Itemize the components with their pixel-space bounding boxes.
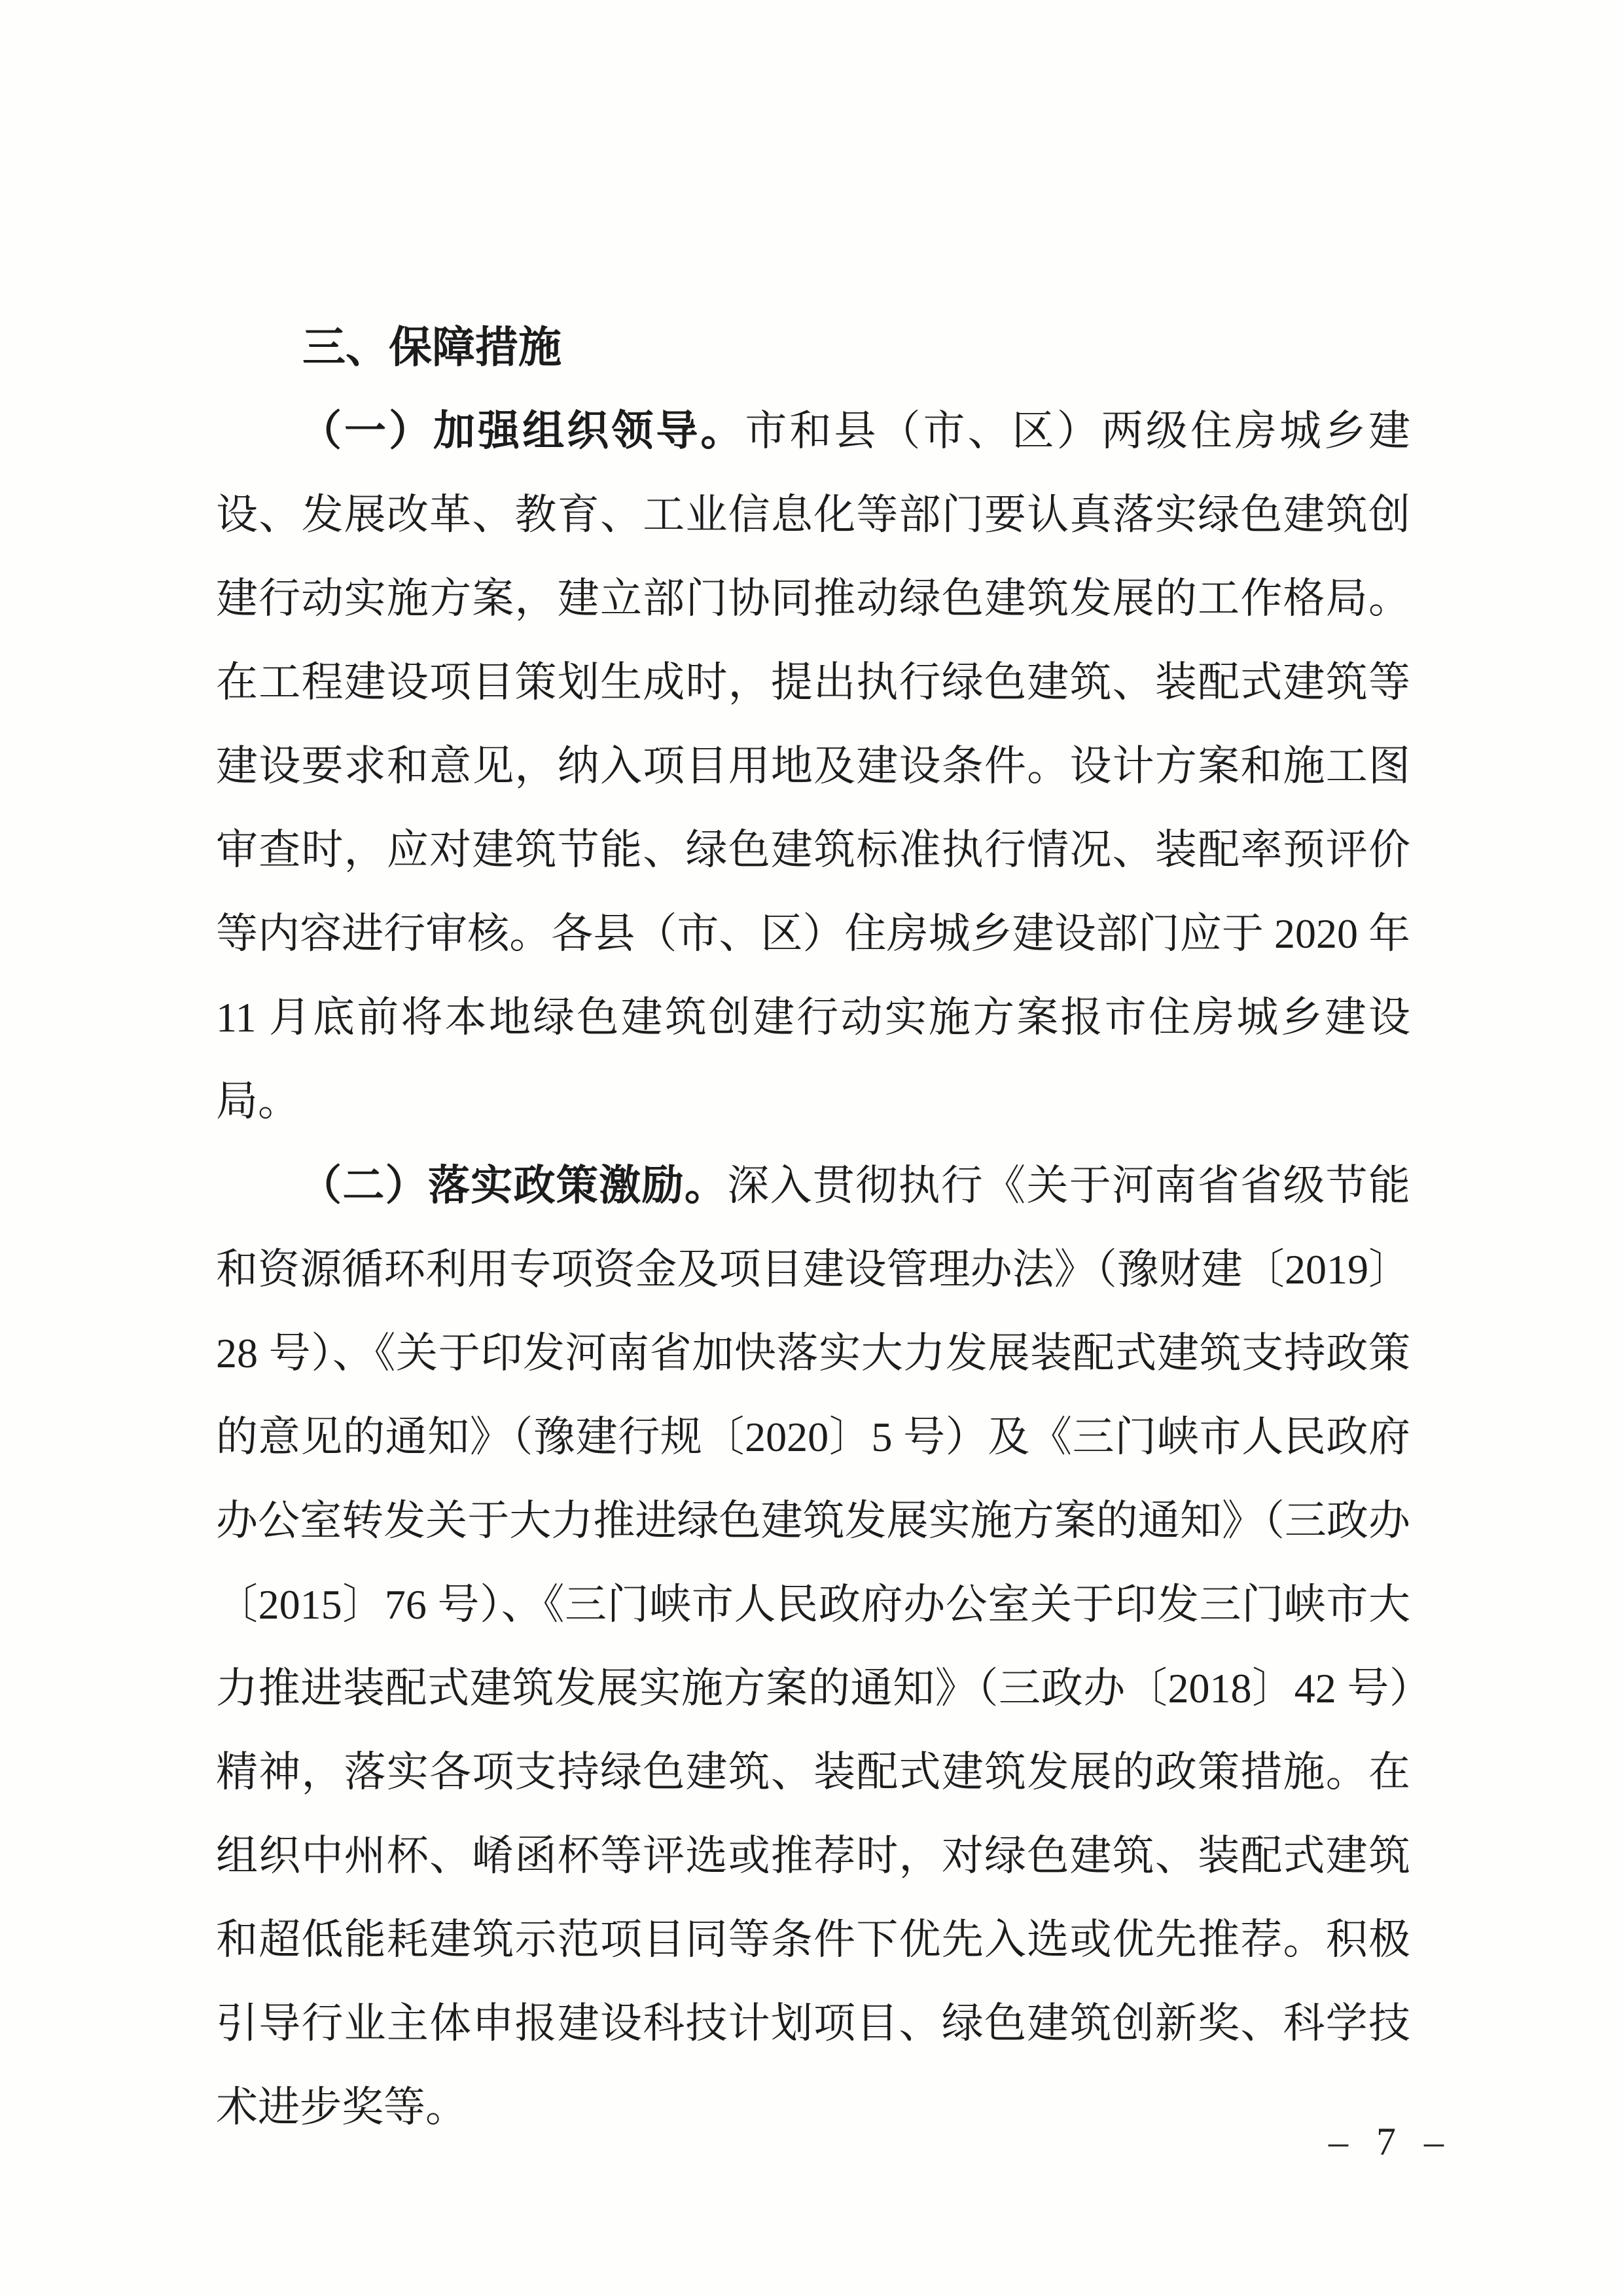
paragraph-1-lead: （一）加强组织领导。 bbox=[300, 407, 745, 454]
paragraph-1: （一）加强组织领导。市和县（市、区）两级住房城乡建设、发展改革、教育、工业信息化… bbox=[216, 389, 1410, 1143]
document-body: 三、保障措施 （一）加强组织领导。市和县（市、区）两级住房城乡建设、发展改革、教… bbox=[216, 305, 1410, 2149]
paragraph-2: （二）落实政策激励。深入贯彻执行《关于河南省省级节能和资源循环利用专项资金及项目… bbox=[216, 1143, 1410, 2149]
document-page: 三、保障措施 （一）加强组织领导。市和县（市、区）两级住房城乡建设、发展改革、教… bbox=[0, 0, 1623, 2296]
paragraph-1-text: 市和县（市、区）两级住房城乡建设、发展改革、教育、工业信息化等部门要认真落实绿色… bbox=[216, 408, 1410, 1124]
page-number: – 7 – bbox=[1329, 2122, 1453, 2161]
paragraph-2-text: 深入贯彻执行《关于河南省省级节能和资源循环利用专项资金及项目建设管理办法》（豫财… bbox=[216, 1162, 1410, 2130]
paragraph-2-lead: （二）落实政策激励。 bbox=[300, 1162, 727, 1209]
section-title: 三、保障措施 bbox=[302, 305, 1410, 389]
